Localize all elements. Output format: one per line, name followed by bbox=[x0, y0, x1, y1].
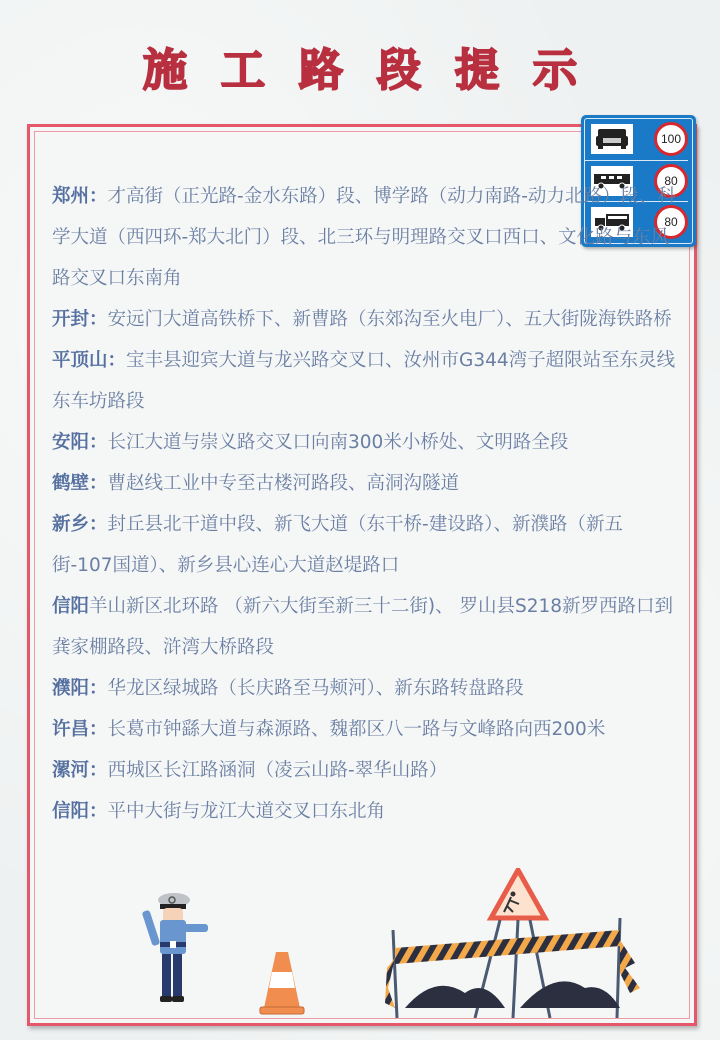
city-label: 安阳： bbox=[52, 432, 108, 453]
list-item: 平顶山：宝丰县迎宾大道与龙兴路交叉口、汝州市G344湾子超限站至东灵线东车坊路段 bbox=[52, 340, 677, 422]
list-item: 鹤壁：曹赵线工业中专至古楼河路段、高洞沟隧道 bbox=[52, 463, 677, 504]
title-char: 路 bbox=[299, 34, 343, 98]
list-item: 漯河：西城区长江路涵洞（凌云山路-翠华山路） bbox=[52, 750, 677, 791]
city-label: 郑州： bbox=[52, 186, 108, 207]
city-label: 鹤壁： bbox=[52, 473, 108, 494]
title-char: 施 bbox=[143, 34, 187, 98]
list-item: 郑州：才高街（正光路-金水东路）段、博学路（动力南路-动力北路）段、科学大道（西… bbox=[52, 176, 677, 299]
page-title: 施工路段提示 bbox=[0, 34, 720, 98]
roads-text: 封丘县北干道中段、新飞大道（东干桥-建设路）、新濮路（新五街-107国道）、新乡… bbox=[52, 514, 623, 576]
roads-text: 曹赵线工业中专至古楼河路段、高洞沟隧道 bbox=[108, 473, 460, 494]
list-item: 安阳：长江大道与崇义路交叉口向南300米小桥处、文明路全段 bbox=[52, 422, 677, 463]
title-char: 段 bbox=[377, 34, 421, 98]
title-char: 示 bbox=[533, 34, 577, 98]
city-label: 信阳： bbox=[52, 801, 108, 822]
roadwork-list: 郑州：才高街（正光路-金水东路）段、博学路（动力南路-动力北路）段、科学大道（西… bbox=[52, 176, 677, 832]
car-icon bbox=[591, 124, 633, 154]
traffic-cone-icon bbox=[258, 950, 306, 1016]
roads-text: 才高街（正光路-金水东路）段、博学路（动力南路-动力北路）段、科学大道（西四环-… bbox=[52, 186, 676, 289]
roads-text: 长葛市钟繇大道与森源路、魏都区八一路与文峰路向西200米 bbox=[108, 719, 606, 740]
construction-barrier-illustration bbox=[385, 868, 640, 1018]
roads-text: 羊山新区北环路 （新六大街至新三十二街)、 罗山县S218新罗西路口到龚家棚路段… bbox=[52, 596, 673, 658]
title-char: 提 bbox=[455, 34, 499, 98]
list-item: 新乡：封丘县北干道中段、新飞大道（东干桥-建设路）、新濮路（新五街-107国道）… bbox=[52, 504, 677, 586]
roads-text: 长江大道与崇义路交叉口向南300米小桥处、文明路全段 bbox=[108, 432, 569, 453]
city-label: 濮阳： bbox=[52, 678, 108, 699]
list-item: 濮阳：华龙区绿城路（长庆路至马颊河）、新东路转盘路段 bbox=[52, 668, 677, 709]
city-label: 平顶山： bbox=[52, 350, 126, 371]
speed-limit-100: 100 bbox=[654, 122, 688, 156]
roads-text: 宝丰县迎宾大道与龙兴路交叉口、汝州市G344湾子超限站至东灵线东车坊路段 bbox=[52, 350, 675, 412]
list-item: 信阳：平中大街与龙江大道交叉口东北角 bbox=[52, 791, 677, 832]
list-item: 开封：安远门大道高铁桥下、新曹路（东郊沟至火电厂）、五大街陇海铁路桥 bbox=[52, 299, 677, 340]
title-char: 工 bbox=[221, 34, 265, 98]
roads-text: 西城区长江路涵洞（凌云山路-翠华山路） bbox=[108, 760, 448, 781]
list-item: 信阳羊山新区北环路 （新六大街至新三十二街)、 罗山县S218新罗西路口到龚家棚… bbox=[52, 586, 677, 668]
city-label: 信阳 bbox=[52, 596, 89, 617]
city-label: 新乡： bbox=[52, 514, 108, 535]
city-label: 开封： bbox=[52, 309, 108, 330]
traffic-police-illustration bbox=[140, 890, 210, 1018]
list-item: 许昌：长葛市钟繇大道与森源路、魏都区八一路与文峰路向西200米 bbox=[52, 709, 677, 750]
city-label: 漯河： bbox=[52, 760, 108, 781]
sign-row-car: 100 bbox=[585, 119, 688, 159]
roads-text: 安远门大道高铁桥下、新曹路（东郊沟至火电厂）、五大街陇海铁路桥 bbox=[108, 309, 672, 330]
roads-text: 平中大街与龙江大道交叉口东北角 bbox=[108, 801, 386, 822]
city-label: 许昌： bbox=[52, 719, 108, 740]
roads-text: 华龙区绿城路（长庆路至马颊河）、新东路转盘路段 bbox=[108, 678, 524, 699]
